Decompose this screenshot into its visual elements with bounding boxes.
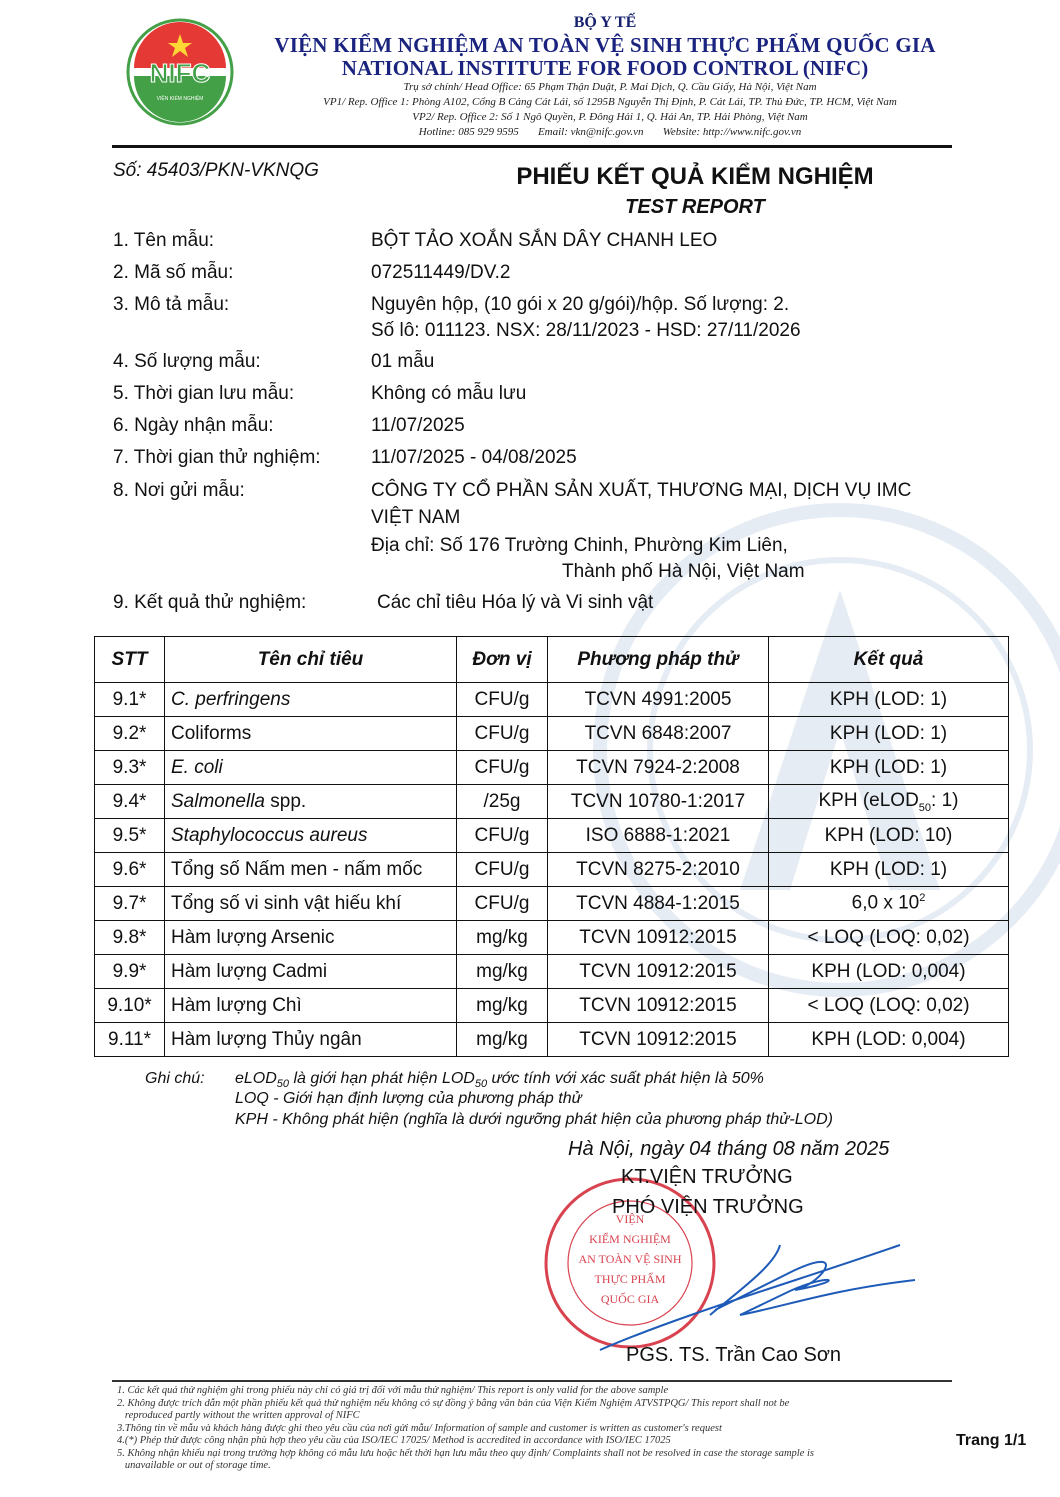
cell-result: KPH (LOD: 0,004) xyxy=(769,1023,1009,1057)
cell-result: KPH (eLOD50: 1) xyxy=(769,785,1009,819)
cell-method: TCVN 8275-2:2010 xyxy=(548,853,769,887)
table-header-row: STT Tên chỉ tiêu Đơn vị Phương pháp thử … xyxy=(95,637,1009,683)
cell-result: KPH (LOD: 1) xyxy=(769,683,1009,717)
cell-unit: CFU/g xyxy=(457,717,548,751)
cell-stt: 9.7* xyxy=(95,887,165,921)
info-value-received-date: 11/07/2025 xyxy=(371,415,465,437)
table-row: 9.9*Hàm lượng Cadmimg/kgTCVN 10912:2015K… xyxy=(95,955,1009,989)
cell-unit: mg/kg xyxy=(457,955,548,989)
rep-office-2-address: VP2/ Rep. Office 2: Số 1 Ngô Quyền, P. Đ… xyxy=(230,111,990,123)
info-label-quantity: 4. Số lượng mẫu: xyxy=(113,351,261,373)
cell-indicator: Hàm lượng Arsenic xyxy=(165,921,457,955)
info-value-sample-code: 072511449/DV.2 xyxy=(371,262,510,284)
signer-role-2: PHÓ VIỆN TRƯỞNG xyxy=(612,1196,804,1219)
signer-role-1: KT.VIỆN TRƯỞNG xyxy=(621,1166,793,1189)
report-number: Số: 45403/PKN-VKNQG xyxy=(113,160,319,182)
cell-result: 6,0 x 102 xyxy=(769,887,1009,921)
info-label-description: 3. Mô tả mẫu: xyxy=(113,294,229,316)
note-elod: eLOD50 là giới hạn phát hiện LOD50 ước t… xyxy=(235,1070,764,1090)
cell-stt: 9.11* xyxy=(95,1023,165,1057)
col-header-stt: STT xyxy=(95,637,165,683)
cell-result: KPH (LOD: 10) xyxy=(769,819,1009,853)
svg-text:NIFC: NIFC xyxy=(150,58,211,88)
info-value-description: Nguyên hộp, (10 gói x 20 g/gói)/hộp. Số … xyxy=(371,294,789,316)
table-row: 9.7*Tổng số vi sinh vật hiếu khíCFU/gTCV… xyxy=(95,887,1009,921)
info-value-test-period: 11/07/2025 - 04/08/2025 xyxy=(371,447,577,469)
table-row: 9.3*E. coliCFU/gTCVN 7924-2:2008KPH (LOD… xyxy=(95,751,1009,785)
info-label-received-date: 6. Ngày nhận mẫu: xyxy=(113,415,274,437)
cell-indicator: Tổng số vi sinh vật hiếu khí xyxy=(165,887,457,921)
table-row: 9.6*Tổng số Nấm men - nấm mốcCFU/gTCVN 8… xyxy=(95,853,1009,887)
cell-unit: mg/kg xyxy=(457,989,548,1023)
cell-method: TCVN 4884-1:2015 xyxy=(548,887,769,921)
cell-indicator: Salmonella spp. xyxy=(165,785,457,819)
cell-result: < LOQ (LOQ: 0,02) xyxy=(769,921,1009,955)
cell-stt: 9.8* xyxy=(95,921,165,955)
cell-method: TCVN 6848:2007 xyxy=(548,717,769,751)
institute-name-en: NATIONAL INSTITUTE FOR FOOD CONTROL (NIF… xyxy=(250,56,960,81)
info-value-quantity: 01 mẫu xyxy=(371,351,434,373)
cell-method: ISO 6888-1:2021 xyxy=(548,819,769,853)
footer-note: unavailable or out of storage time. xyxy=(117,1460,271,1471)
cell-stt: 9.1* xyxy=(95,683,165,717)
page-indicator: Trang 1/1 xyxy=(956,1432,1026,1450)
cell-method: TCVN 10912:2015 xyxy=(548,989,769,1023)
cell-indicator: Staphylococcus aureus xyxy=(165,819,457,853)
results-table: STT Tên chỉ tiêu Đơn vị Phương pháp thử … xyxy=(94,636,1009,1057)
cell-unit: /25g xyxy=(457,785,548,819)
cell-indicator: Hàm lượng Thủy ngân xyxy=(165,1023,457,1057)
cell-unit: mg/kg xyxy=(457,1023,548,1057)
footer-divider xyxy=(112,1380,952,1382)
cell-unit: CFU/g xyxy=(457,819,548,853)
cell-stt: 9.4* xyxy=(95,785,165,819)
info-value-sample-name: BỘT TẢO XOẮN SẮN DÂY CHANH LEO xyxy=(371,230,717,252)
cell-method: TCVN 10912:2015 xyxy=(548,1023,769,1057)
footer-note: 5. Không nhận khiếu nại trong trường hợp… xyxy=(117,1448,814,1459)
table-row: 9.10*Hàm lượng Chìmg/kgTCVN 10912:2015< … xyxy=(95,989,1009,1023)
table-row: 9.8*Hàm lượng Arsenicmg/kgTCVN 10912:201… xyxy=(95,921,1009,955)
info-value-storage: Không có mẫu lưu xyxy=(371,383,526,405)
place-date: Hà Nội, ngày 04 tháng 08 năm 2025 xyxy=(568,1138,889,1161)
cell-result: < LOQ (LOQ: 0,02) xyxy=(769,989,1009,1023)
info-label-sample-code: 2. Mã số mẫu: xyxy=(113,262,233,284)
cell-unit: mg/kg xyxy=(457,921,548,955)
cell-result: KPH (LOD: 1) xyxy=(769,853,1009,887)
info-value-test-results: Các chỉ tiêu Hóa lý và Vi sinh vật xyxy=(377,592,653,614)
footer-note: reproduced partly without the written ap… xyxy=(117,1410,360,1421)
note-loq: LOQ - Giới hạn định lượng của phương phá… xyxy=(235,1090,582,1108)
cell-result: KPH (LOD: 1) xyxy=(769,751,1009,785)
svg-text:VIỆN KIỂM NGHIỆM: VIỆN KIỂM NGHIỆM xyxy=(157,94,204,102)
cell-stt: 9.2* xyxy=(95,717,165,751)
footer-note: 1. Các kết quả thử nghiệm ghi trong phiế… xyxy=(117,1385,668,1396)
footer-note: 4.(*) Phép thử được công nhận phù hợp th… xyxy=(117,1435,671,1446)
table-row: 9.4*Salmonella spp./25gTCVN 10780-1:2017… xyxy=(95,785,1009,819)
note-kph: KPH - Không phát hiện (nghĩa là dưới ngư… xyxy=(235,1111,833,1129)
cell-indicator: Coliforms xyxy=(165,717,457,751)
cell-method: TCVN 10912:2015 xyxy=(548,921,769,955)
cell-stt: 9.10* xyxy=(95,989,165,1023)
cell-result: KPH (LOD: 1) xyxy=(769,717,1009,751)
results-table-body: 9.1*C. perfringensCFU/gTCVN 4991:2005KPH… xyxy=(95,683,1009,1057)
cell-method: TCVN 7924-2:2008 xyxy=(548,751,769,785)
notes-label: Ghi chú: xyxy=(145,1070,205,1088)
cell-result: KPH (LOD: 0,004) xyxy=(769,955,1009,989)
cell-stt: 9.9* xyxy=(95,955,165,989)
info-value-description-line2: Số lô: 011123. NSX: 28/11/2023 - HSD: 27… xyxy=(371,320,801,342)
report-subtitle: TEST REPORT xyxy=(460,196,930,219)
col-header-result: Kết quả xyxy=(769,637,1009,683)
report-title: PHIẾU KẾT QUẢ KIỂM NGHIỆM xyxy=(460,163,930,191)
rep-office-1-address: VP1/ Rep. Office 1: Phòng A102, Cổng B C… xyxy=(230,96,990,108)
contact-info: Hotline: 085 929 9595 Email: vkn@nifc.go… xyxy=(230,126,990,138)
cell-stt: 9.6* xyxy=(95,853,165,887)
cell-unit: CFU/g xyxy=(457,887,548,921)
cell-unit: CFU/g xyxy=(457,853,548,887)
info-label-sender: 8. Nơi gửi mẫu: xyxy=(113,480,245,502)
institute-name-vn: VIỆN KIỂM NGHIỆM AN TOÀN VỆ SINH THỰC PH… xyxy=(250,33,960,58)
table-row: 9.5*Staphylococcus aureusCFU/gISO 6888-1… xyxy=(95,819,1009,853)
info-value-sender-address: Địa chỉ: Số 176 Trường Chinh, Phường Kim… xyxy=(371,535,788,557)
info-label-test-period: 7. Thời gian thử nghiệm: xyxy=(113,447,321,469)
table-row: 9.11*Hàm lượng Thủy ngânmg/kgTCVN 10912:… xyxy=(95,1023,1009,1057)
col-header-method: Phương pháp thử xyxy=(548,637,769,683)
cell-indicator: E. coli xyxy=(165,751,457,785)
cell-method: TCVN 10780-1:2017 xyxy=(548,785,769,819)
info-label-sample-name: 1. Tên mẫu: xyxy=(113,230,214,252)
head-office-address: Trụ sở chính/ Head Office: 65 Phạm Thận … xyxy=(230,81,990,93)
footer-note: 2. Không được trích dẫn một phần phiếu k… xyxy=(117,1398,789,1409)
table-row: 9.1*C. perfringensCFU/gTCVN 4991:2005KPH… xyxy=(95,683,1009,717)
info-label-test-results: 9. Kết quả thử nghiệm: xyxy=(113,592,306,614)
col-header-unit: Đơn vị xyxy=(457,637,548,683)
cell-method: TCVN 10912:2015 xyxy=(548,955,769,989)
cell-unit: CFU/g xyxy=(457,683,548,717)
info-value-sender-city: Thành phố Hà Nội, Việt Nam xyxy=(562,561,805,583)
footer-note: 3.Thông tin về mẫu và khách hàng được gh… xyxy=(117,1423,722,1434)
cell-stt: 9.3* xyxy=(95,751,165,785)
nifc-logo: NIFC VIỆN KIỂM NGHIỆM xyxy=(126,18,234,126)
header-divider xyxy=(112,145,952,148)
cell-indicator: Hàm lượng Cadmi xyxy=(165,955,457,989)
col-header-indicator: Tên chỉ tiêu xyxy=(165,637,457,683)
ministry-name: BỘ Y TẾ xyxy=(250,14,960,32)
info-value-sender-line2: VIỆT NAM xyxy=(371,507,460,529)
signer-name: PGS. TS. Trần Cao Sơn xyxy=(626,1344,841,1367)
info-value-sender: CÔNG TY CỔ PHẦN SẢN XUẤT, THƯƠNG MẠI, DỊ… xyxy=(371,480,911,502)
cell-indicator: Hàm lượng Chì xyxy=(165,989,457,1023)
cell-stt: 9.5* xyxy=(95,819,165,853)
cell-indicator: C. perfringens xyxy=(165,683,457,717)
cell-unit: CFU/g xyxy=(457,751,548,785)
table-row: 9.2*ColiformsCFU/gTCVN 6848:2007KPH (LOD… xyxy=(95,717,1009,751)
cell-indicator: Tổng số Nấm men - nấm mốc xyxy=(165,853,457,887)
info-label-storage: 5. Thời gian lưu mẫu: xyxy=(113,383,294,405)
cell-method: TCVN 4991:2005 xyxy=(548,683,769,717)
